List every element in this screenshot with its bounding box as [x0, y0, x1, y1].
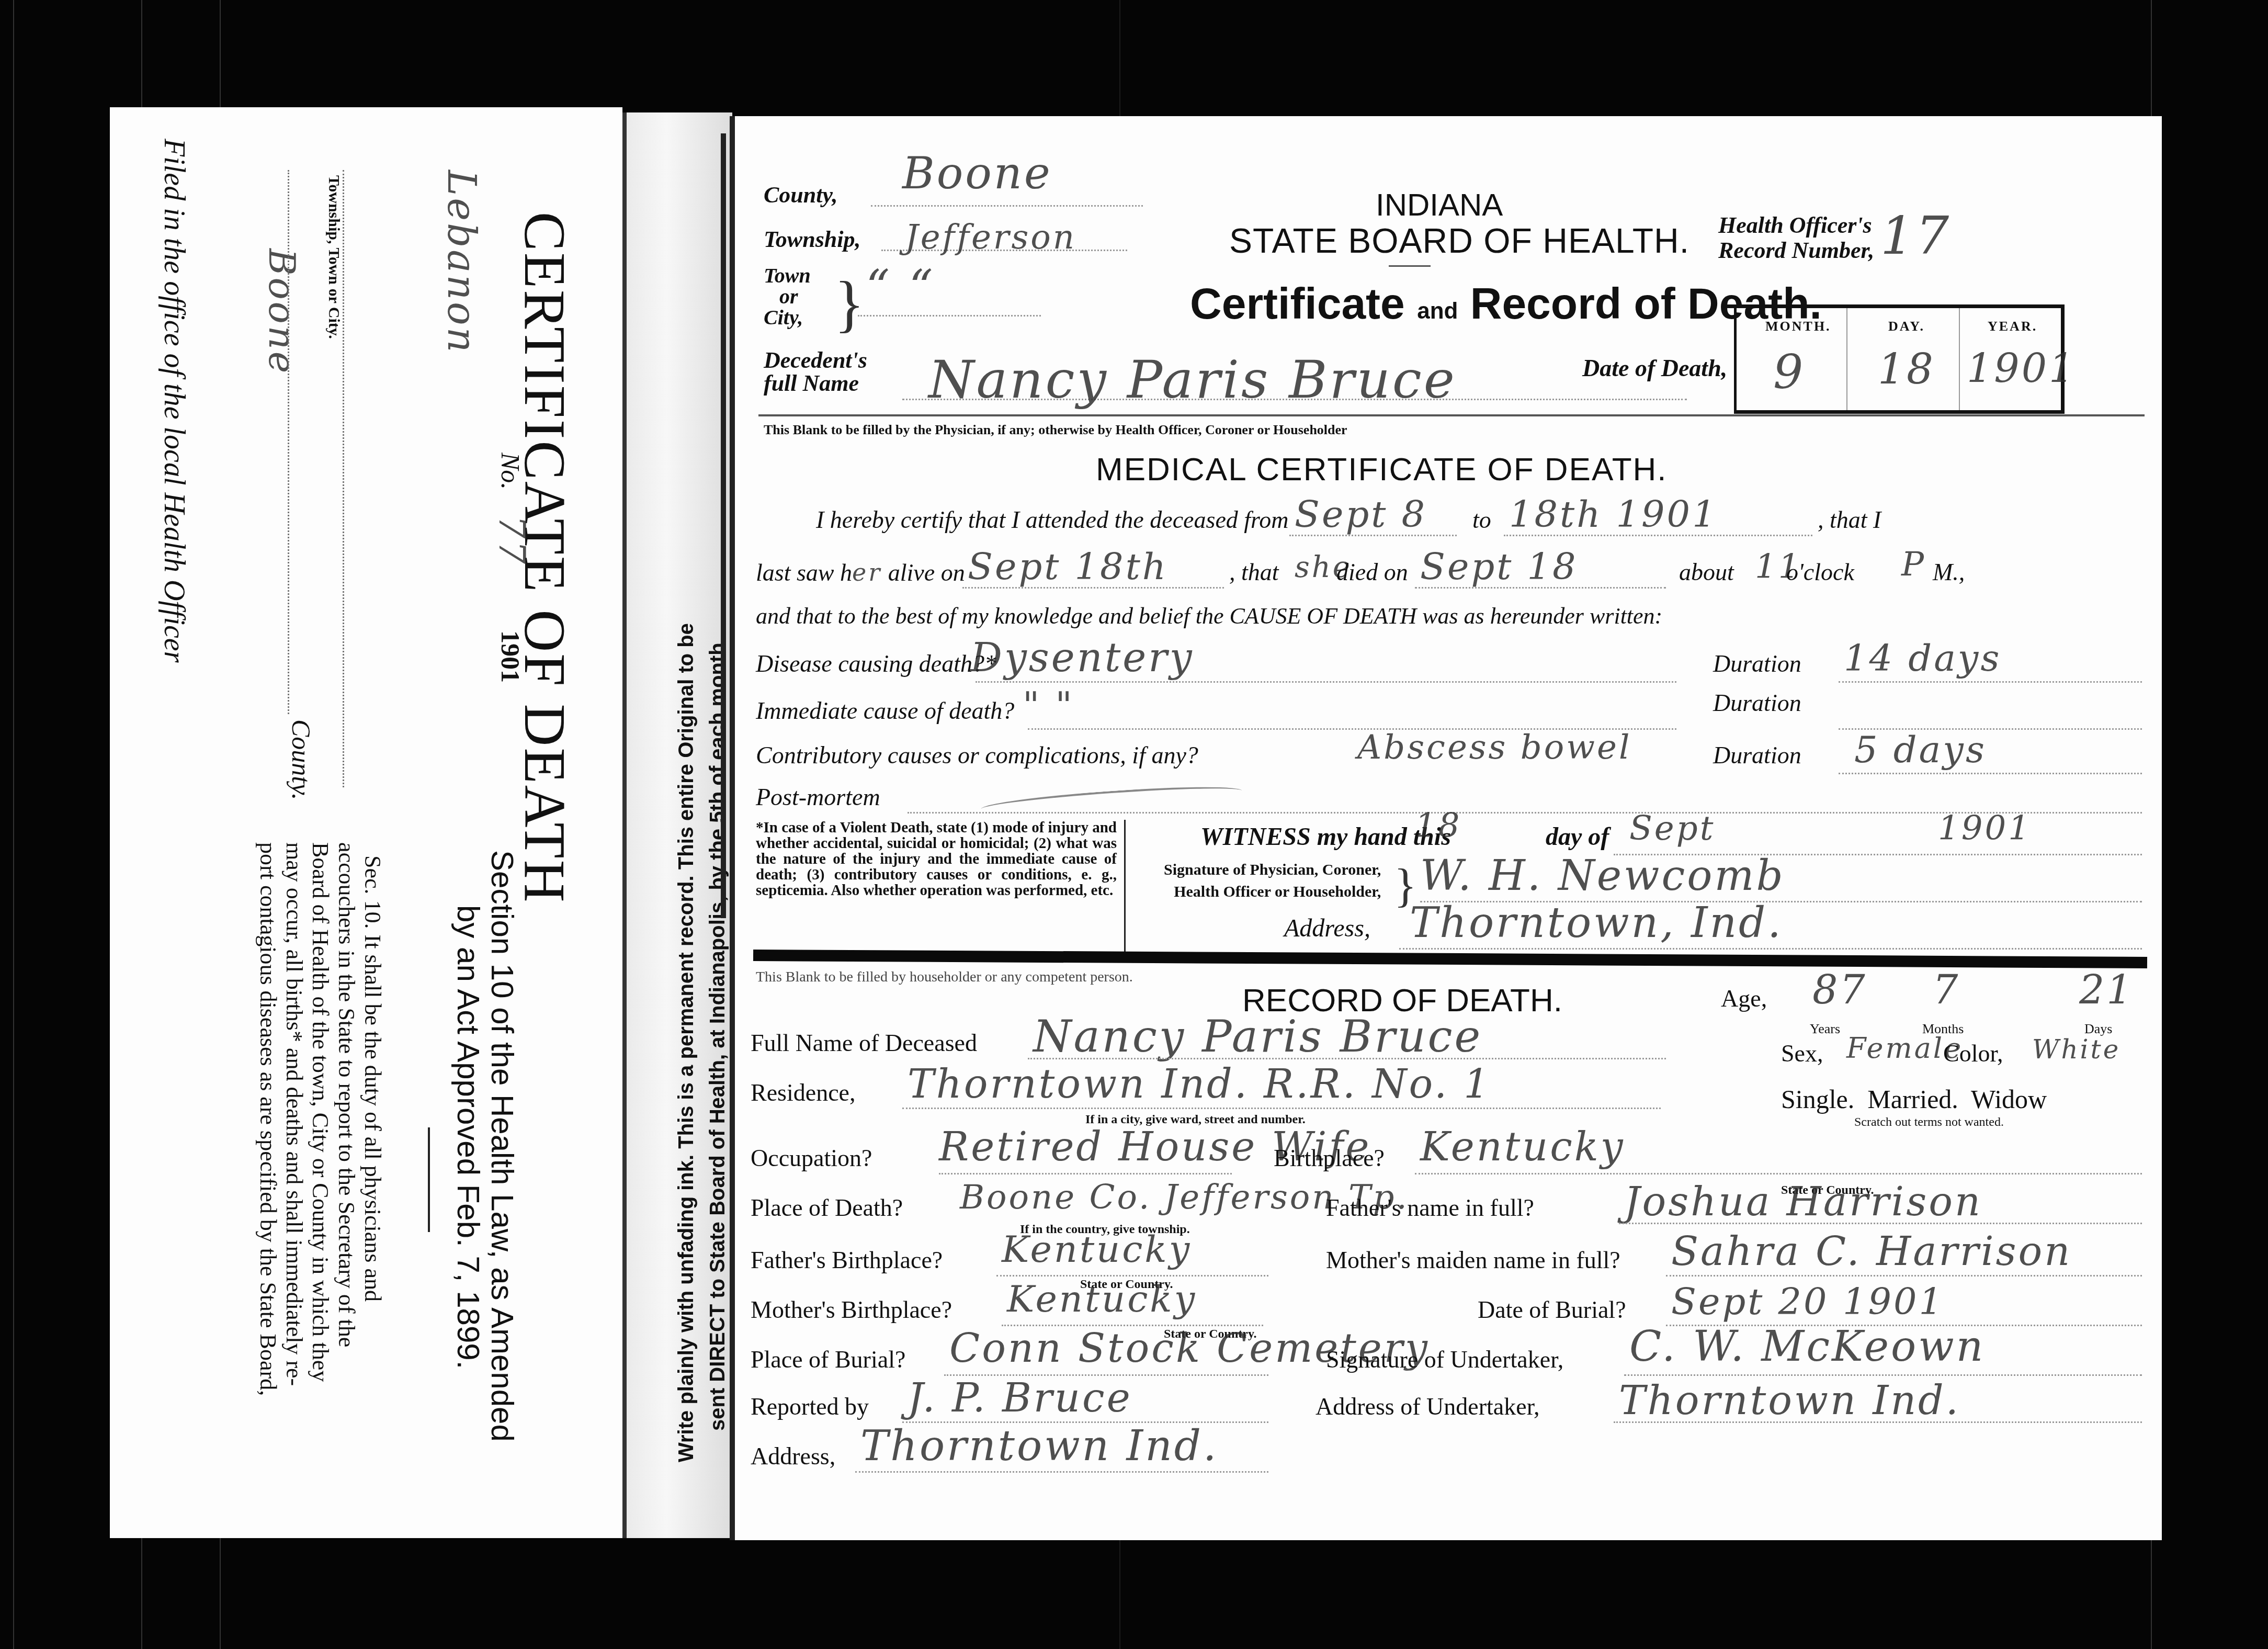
fold-strip: Write plainly with unfading ink. This is…	[622, 112, 732, 1538]
record-number-label-2: Record Number,	[1718, 238, 1874, 263]
town-or-city-label: Town or City,	[764, 265, 811, 328]
full-name-label: Full Name of Deceased	[751, 1029, 977, 1057]
form-title-certificate: Certificate	[1190, 279, 1405, 328]
died-date-line	[1415, 587, 1666, 589]
disease-value[interactable]: Dysentery	[970, 634, 1194, 681]
date-col-year: YEAR.	[1988, 319, 2037, 334]
county-label: County,	[764, 182, 837, 208]
mother-name-label: Mother's maiden name in full?	[1326, 1246, 1620, 1274]
knowledge-line: and that to the best of my knowledge and…	[756, 603, 1662, 629]
last-saw-text: last saw h	[756, 559, 852, 586]
record-number-value[interactable]: 17	[1880, 205, 1951, 266]
stub-no-value: 77	[491, 515, 534, 566]
stub-sec-line: accouchers in the State to report to the…	[333, 842, 360, 1347]
witness-year-value[interactable]: 1901	[1938, 809, 2032, 848]
attended-from-value[interactable]: Sept 8	[1295, 493, 1427, 536]
stub-county-line	[288, 170, 291, 714]
record-number-label: Health Officer's Record Number,	[1718, 213, 1874, 263]
physician-address-value[interactable]: Thorntown, Ind.	[1410, 898, 1783, 947]
contrib-duration-value[interactable]: 5 days	[1854, 728, 1987, 771]
stub-township-caption: Township, Town or City.	[325, 175, 343, 339]
burial-place-label: Place of Burial?	[751, 1346, 905, 1373]
last-alive-line	[962, 587, 1224, 589]
stub-section-heading-2: by an Act Approved Feb. 7, 1899.	[450, 905, 486, 1369]
township-value[interactable]: Jefferson	[905, 218, 1076, 257]
color-value[interactable]: White	[2032, 1034, 2120, 1065]
disease-label: Disease causing death?*	[756, 650, 996, 677]
birthplace-value[interactable]: Kentucky	[1420, 1123, 1625, 1170]
residence-line	[902, 1108, 1661, 1109]
marital-status-options: Single. Married. Widow	[1781, 1084, 2047, 1114]
mother-birthplace-label: Mother's Birthplace?	[751, 1296, 952, 1324]
oclock-label: o'clock	[1786, 558, 1854, 586]
decedent-label-line1: Decedent's	[764, 349, 867, 372]
to-label: to	[1472, 506, 1491, 534]
color-label: Color,	[1943, 1040, 2003, 1067]
town-label: Town	[764, 265, 811, 286]
contrib-label: Contributory causes or complications, if…	[756, 741, 1198, 769]
physician-address-line	[1399, 948, 2142, 950]
age-days-value[interactable]: 21	[2079, 966, 2134, 1013]
father-birthplace-label: Father's Birthplace?	[751, 1246, 943, 1274]
burial-date-label: Date of Burial?	[1478, 1296, 1626, 1324]
form-left-border	[730, 116, 735, 1540]
that-i-label: , that I	[1818, 506, 1881, 534]
stub-county-value: Boone	[260, 249, 303, 375]
fold-instruction-2: sent DIRECT to State Board of Health, at…	[706, 637, 730, 1431]
brace: }	[834, 268, 865, 340]
full-name-value[interactable]: Nancy Paris Bruce	[1033, 1011, 1482, 1062]
section-divider-bar	[753, 950, 2147, 968]
attended-to-value[interactable]: 18th 1901	[1509, 493, 1718, 536]
disease-duration-value[interactable]: 14 days	[1844, 637, 2001, 680]
date-divider	[1959, 308, 1960, 410]
occupation-line	[939, 1173, 1232, 1174]
date-col-day: DAY.	[1888, 319, 1925, 334]
stub-year: 1901	[495, 630, 526, 683]
father-birthplace-value[interactable]: Kentucky	[1002, 1228, 1192, 1271]
m-label: M.,	[1933, 558, 1965, 586]
marital-widow[interactable]: Widow	[1971, 1085, 2047, 1114]
medical-title: MEDICAL CERTIFICATE OF DEATH.	[1096, 451, 1668, 488]
stub-filed-text: Filed in the office of the local Health …	[157, 139, 191, 663]
mother-name-value[interactable]: Sahra C. Harrison	[1671, 1228, 2072, 1274]
stub-sec-line: Sec. 10. It shall be the duty of all phy…	[359, 855, 386, 1302]
town-value[interactable]: “ “	[866, 260, 935, 315]
reported-by-label: Reported by	[751, 1393, 869, 1420]
address-label: Address,	[1284, 914, 1370, 943]
mother-birthplace-value[interactable]: Kentucky	[1007, 1278, 1197, 1320]
signature-value[interactable]: W. H. Newcomb	[1420, 851, 1785, 900]
age-months-value[interactable]: 7	[1933, 966, 1960, 1013]
disease-duration-label: Duration	[1713, 650, 1801, 677]
immediate-duration-label: Duration	[1713, 689, 1801, 717]
decedent-name-value[interactable]: Nancy Paris Bruce	[928, 349, 1457, 410]
birthplace-label: Birthplace?	[1274, 1144, 1385, 1172]
signature-label: Signature of Physician, Coroner, Health …	[1164, 859, 1381, 903]
death-month-value[interactable]: 9	[1773, 345, 1805, 400]
last-alive-value[interactable]: Sept 18th	[968, 545, 1168, 588]
father-birthplace-line	[996, 1275, 1268, 1277]
disease-duration-line	[1839, 681, 2142, 683]
attended-from-line	[1289, 535, 1457, 536]
death-day-value[interactable]: 18	[1878, 345, 1935, 393]
birthplace-line	[1415, 1173, 2142, 1174]
reporter-address-line	[855, 1471, 1268, 1473]
that-label: , that	[1229, 558, 1279, 586]
age-caption-years: Years	[1810, 1021, 1840, 1037]
age-years-value[interactable]: 87	[1812, 966, 1867, 1013]
residence-value[interactable]: Thorntown Ind. R.R. No. 1	[908, 1060, 1491, 1107]
record-fill-note: This Blank to be filled by householder o…	[756, 969, 1133, 986]
reporter-address-value[interactable]: Thorntown Ind.	[860, 1421, 1218, 1470]
city-label: City,	[764, 307, 811, 328]
contrib-value[interactable]: Abscess bowel	[1357, 728, 1631, 767]
father-name-line	[1619, 1223, 2142, 1224]
county-value[interactable]: Boone	[902, 148, 1052, 199]
stub-sec-line: may occur, all births* and deaths and sh…	[281, 842, 308, 1386]
am-pm-value[interactable]: P	[1901, 545, 1926, 584]
undertaker-address-value[interactable]: Thorntown Ind.	[1619, 1377, 1960, 1424]
mother-name-line	[1666, 1275, 2142, 1277]
stub-township-line	[343, 170, 346, 787]
died-on-label: died on	[1336, 558, 1408, 586]
last-saw-label: last saw her alive on	[756, 558, 965, 586]
town-line	[858, 315, 1041, 317]
fold-edge	[622, 112, 627, 1538]
stub-county-label: County.	[286, 719, 316, 800]
disease-line	[976, 681, 1676, 683]
record-number-label-1: Health Officer's	[1718, 213, 1874, 238]
sex-label: Sex,	[1781, 1040, 1823, 1067]
died-date-value[interactable]: Sept 18	[1420, 545, 1578, 588]
stub-no-label: No.	[495, 453, 526, 490]
date-of-death-label: Date of Death,	[1582, 354, 1727, 382]
header-divider	[1389, 265, 1431, 267]
attended-to-line	[1504, 535, 1812, 536]
signature-label-2: Health Officer or Householder,	[1164, 881, 1381, 903]
about-label: about	[1679, 558, 1734, 586]
decedent-label: Decedent's full Name	[764, 349, 867, 395]
age-label: Age,	[1721, 985, 1767, 1012]
township-label: Township,	[764, 226, 860, 253]
alive-on-text: alive on	[888, 559, 965, 586]
stub-panel: CERTIFICATE OF DEATH No. 77 1901 Lebanon…	[110, 107, 622, 1538]
marital-single[interactable]: Single.	[1781, 1085, 1854, 1114]
contrib-duration-line	[1839, 773, 2142, 774]
state-name: INDIANA	[1376, 187, 1503, 223]
residence-label: Residence,	[751, 1079, 856, 1106]
date-of-death-box: MONTH. DAY. YEAR. 9 18 1901	[1734, 304, 2065, 414]
occupation-label: Occupation?	[751, 1144, 872, 1172]
contrib-duration-label: Duration	[1713, 741, 1801, 769]
stub-divider	[428, 1127, 430, 1232]
date-col-month: MONTH.	[1765, 319, 1831, 334]
county-line	[871, 205, 1143, 207]
last-saw-pronoun[interactable]: er	[852, 558, 882, 586]
certify-text: I hereby certify that I attended the dec…	[816, 506, 1289, 534]
board-name: STATE BOARD OF HEALTH.	[1229, 221, 1689, 261]
burial-date-value[interactable]: Sept 20 1901	[1671, 1280, 1944, 1323]
signature-label-1: Signature of Physician, Coroner,	[1164, 859, 1381, 881]
stub-township-value: Lebanon	[439, 170, 484, 354]
witness-month-value[interactable]: Sept	[1629, 809, 1715, 848]
stub-sec-line: Board of Health of the town, City or Cou…	[307, 842, 334, 1382]
fold-instruction-1: Write plainly with unfading ink. This is…	[675, 623, 698, 1462]
marital-caption: Scratch out terms not wanted.	[1854, 1115, 2004, 1130]
day-of-label: day of	[1546, 822, 1609, 851]
death-year-value[interactable]: 1901	[1967, 345, 2076, 391]
undertaker-signature-label: Signature of Undertaker,	[1326, 1346, 1563, 1373]
reporter-address-label: Address,	[751, 1442, 835, 1470]
stub-section-heading-1: Section 10 of the Health Law, as Amended	[484, 850, 520, 1442]
header-rule	[758, 414, 2145, 416]
place-of-death-label: Place of Death?	[751, 1194, 903, 1222]
witness-day-value[interactable]: 18	[1415, 807, 1461, 845]
medical-fill-note: This Blank to be filled by the Physician…	[764, 422, 1347, 438]
fold-border-line	[721, 133, 726, 918]
form-title: Certificate and Record of Death.	[1190, 278, 1822, 329]
immediate-label: Immediate cause of death?	[756, 697, 1014, 725]
or-label: or	[764, 286, 811, 307]
scan-streak	[13, 0, 14, 1649]
undertaker-address-label: Address of Undertaker,	[1316, 1393, 1540, 1420]
undertaker-signature-line	[1624, 1374, 2142, 1376]
immediate-value[interactable]: " "	[1023, 684, 1074, 727]
undertaker-signature-value[interactable]: C. W. McKeown	[1629, 1322, 1985, 1371]
form-title-and: and	[1417, 298, 1458, 324]
violent-death-note: *In case of a Violent Death, state (1) m…	[756, 820, 1126, 956]
father-name-value[interactable]: Joshua Harrison	[1624, 1178, 1982, 1225]
full-name-line	[1028, 1058, 1666, 1059]
father-name-label: Father's name in full?	[1326, 1194, 1534, 1222]
death-certificate-form: County, Boone Township, Jefferson Town o…	[730, 116, 2162, 1540]
reported-by-value[interactable]: J. P. Bruce	[908, 1374, 1132, 1421]
stub-sec-line: port contagious diseases as are specifie…	[255, 842, 281, 1396]
marital-married[interactable]: Married.	[1867, 1085, 1958, 1114]
decedent-label-line2: full Name	[764, 372, 867, 395]
witness-label: WITNESS my hand this	[1200, 822, 1451, 851]
undertaker-address-line	[1614, 1421, 2142, 1423]
postmortem-label: Post-mortem	[756, 783, 880, 811]
date-divider	[1846, 308, 1847, 410]
